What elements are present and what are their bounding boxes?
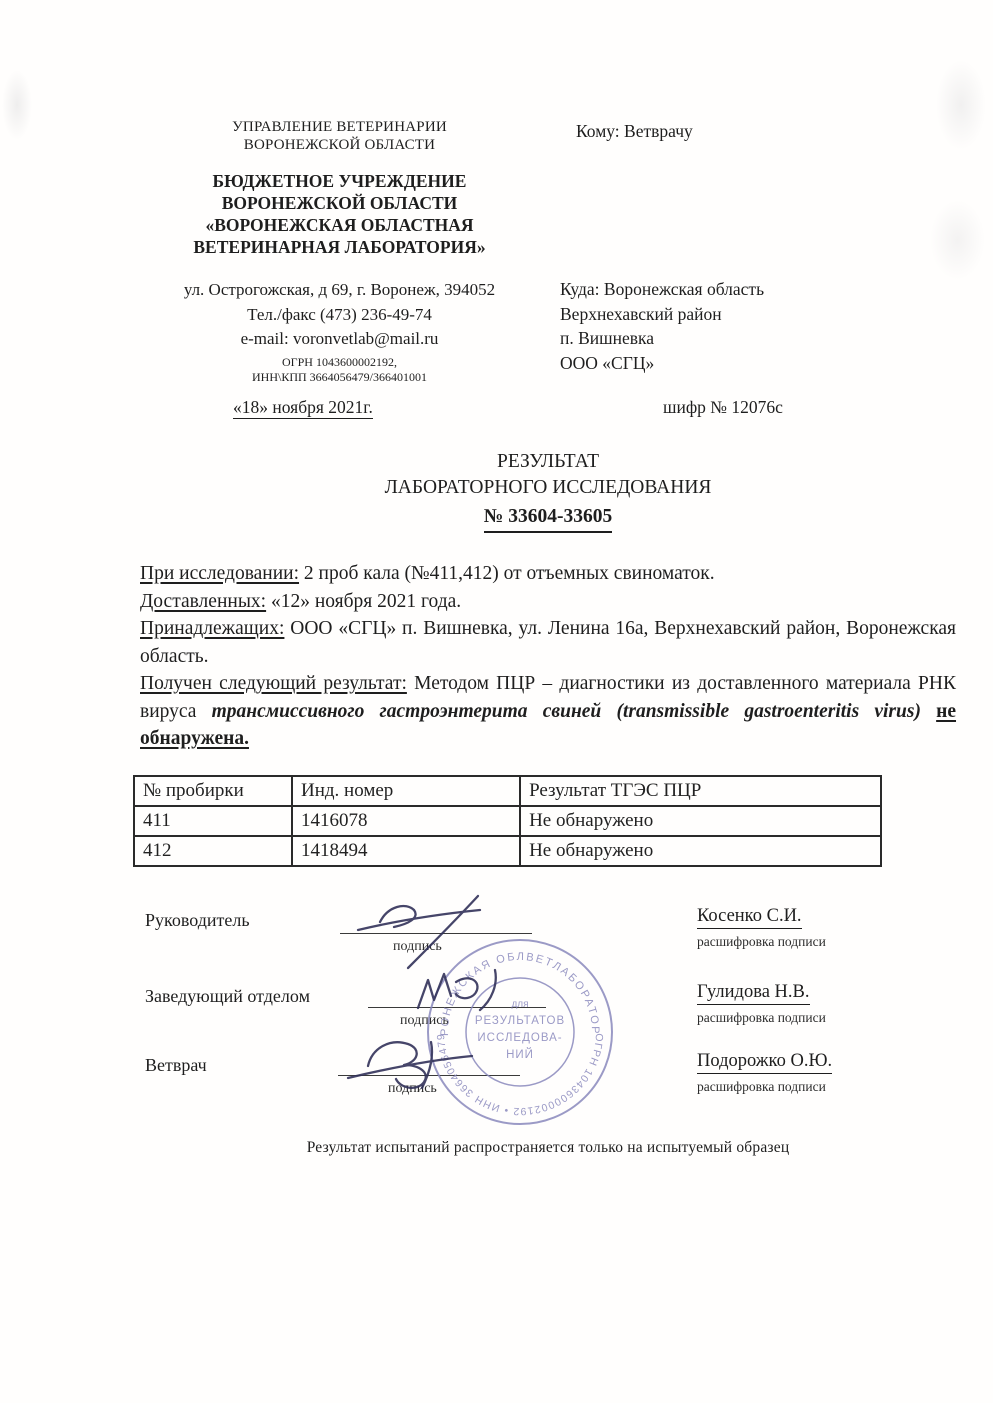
authority-line: УПРАВЛЕНИЕ ВЕТЕРИНАРИИ (133, 118, 546, 136)
title-line: ЛАБОРАТОРНОГО ИССЛЕДОВАНИЯ (140, 475, 956, 501)
cipher-number: шифр № 12076с (663, 397, 783, 418)
signer-name-caption: расшифровка подписи (697, 1079, 826, 1095)
table-header-row: № пробирки Инд. номер Результат ТГЭС ПЦР (134, 776, 881, 806)
virus-name: трансмиссивного гастроэнтерита свиней (t… (212, 701, 921, 722)
handwritten-signatures (330, 880, 570, 1110)
sender-block: УПРАВЛЕНИЕ ВЕТЕРИНАРИИ ВОРОНЕЖСКОЙ ОБЛАС… (133, 118, 546, 385)
signature-scribble (480, 970, 496, 1010)
recipient-address-line: п. Вишневка (560, 326, 764, 351)
paragraph-owner: Принадлежащих: ООО «СГЦ» п. Вишневка, ул… (140, 615, 956, 670)
organization-line: ВЕТЕРИНАРНАЯ ЛАБОРАТОРИЯ» (133, 236, 546, 258)
organization-line: «ВОРОНЕЖСКАЯ ОБЛАСТНАЯ (133, 214, 546, 236)
organization-line: ВОРОНЕЖСКОЙ ОБЛАСТИ (133, 192, 546, 214)
signer-role: Заведующий отделом (145, 986, 310, 1007)
cell-tube-number: 412 (134, 836, 292, 866)
recipient-to: Кому: Ветврачу (576, 121, 693, 142)
signature-scribble (456, 978, 477, 998)
column-header-id: Инд. номер (292, 776, 520, 806)
signer-role: Ветврач (145, 1055, 207, 1076)
phone-fax: Тел./факс (473) 236-49-74 (133, 303, 546, 328)
recipient-address-line: ООО «СГЦ» (560, 351, 764, 376)
street-address: ул. Острогожская, д 69, г. Воронеж, 3940… (133, 278, 546, 303)
signature-scribble (418, 974, 451, 1008)
organization-name: БЮДЖЕТНОЕ УЧРЕЖДЕНИЕ ВОРОНЕЖСКОЙ ОБЛАСТИ… (133, 170, 546, 258)
signer-name-caption: расшифровка подписи (697, 934, 826, 950)
cell-tube-number: 411 (134, 806, 292, 836)
recipient-address-line: Верхнехавский район (560, 302, 764, 327)
ogrn-number: ОГРН 1043600002192, (133, 355, 546, 370)
cell-ind-number: 1418494 (292, 836, 520, 866)
table-row: 412 1418494 Не обнаружено (134, 836, 881, 866)
signature-scribble (348, 1056, 472, 1078)
signer-name: Подорожко О.Ю. (697, 1051, 832, 1074)
email: e-mail: voronvetlab@mail.ru (133, 327, 546, 352)
column-header-tube: № пробирки (134, 776, 292, 806)
document-page: УПРАВЛЕНИЕ ВЕТЕРИНАРИИ ВОРОНЕЖСКОЙ ОБЛАС… (0, 0, 993, 1403)
footer-disclaimer: Результат испытаний распространяется тол… (140, 1139, 956, 1157)
report-body: При исследовании: 2 проб кала (№411,412)… (140, 560, 956, 753)
organization-line: БЮДЖЕТНОЕ УЧРЕЖДЕНИЕ (133, 170, 546, 192)
inn-kpp-number: ИНН\КПП 3664056479/366401001 (133, 370, 546, 385)
signer-name-caption: расшифровка подписи (697, 1010, 826, 1026)
authority-line: ВОРОНЕЖСКОЙ ОБЛАСТИ (133, 136, 546, 154)
scan-artifact (936, 60, 986, 150)
cell-result: Не обнаружено (520, 836, 881, 866)
signer-name: Гулидова Н.В. (697, 982, 810, 1005)
results-table: № пробирки Инд. номер Результат ТГЭС ПЦР… (133, 775, 882, 867)
document-date: «18» ноября 2021г. (233, 397, 373, 418)
recipient-address-line: Куда: Воронежская область (560, 277, 764, 302)
scan-artifact (930, 200, 985, 280)
document-title: РЕЗУЛЬТАТ ЛАБОРАТОРНОГО ИССЛЕДОВАНИЯ № 3… (140, 449, 956, 533)
title-line: РЕЗУЛЬТАТ (140, 449, 956, 475)
report-number: № 33604-33605 (484, 504, 612, 533)
scan-artifact (2, 70, 32, 140)
paragraph-samples: При исследовании: 2 проб кала (№411,412)… (140, 560, 956, 588)
cell-result: Не обнаружено (520, 806, 881, 836)
signer-role: Руководитель (145, 910, 250, 931)
column-header-result: Результат ТГЭС ПЦР (520, 776, 881, 806)
signature-scribble (368, 1042, 426, 1088)
signature-scribble (408, 896, 478, 968)
paragraph-delivered: Доставленных: «12» ноября 2021 года. (140, 588, 956, 616)
cell-ind-number: 1416078 (292, 806, 520, 836)
recipient-address: Куда: Воронежская область Верхнехавский … (560, 277, 764, 375)
table-row: 411 1416078 Не обнаружено (134, 806, 881, 836)
signer-name: Косенко С.И. (697, 906, 802, 929)
paragraph-result: Получен следующий результат: Методом ПЦР… (140, 670, 956, 753)
contact-block: ул. Острогожская, д 69, г. Воронеж, 3940… (133, 278, 546, 352)
